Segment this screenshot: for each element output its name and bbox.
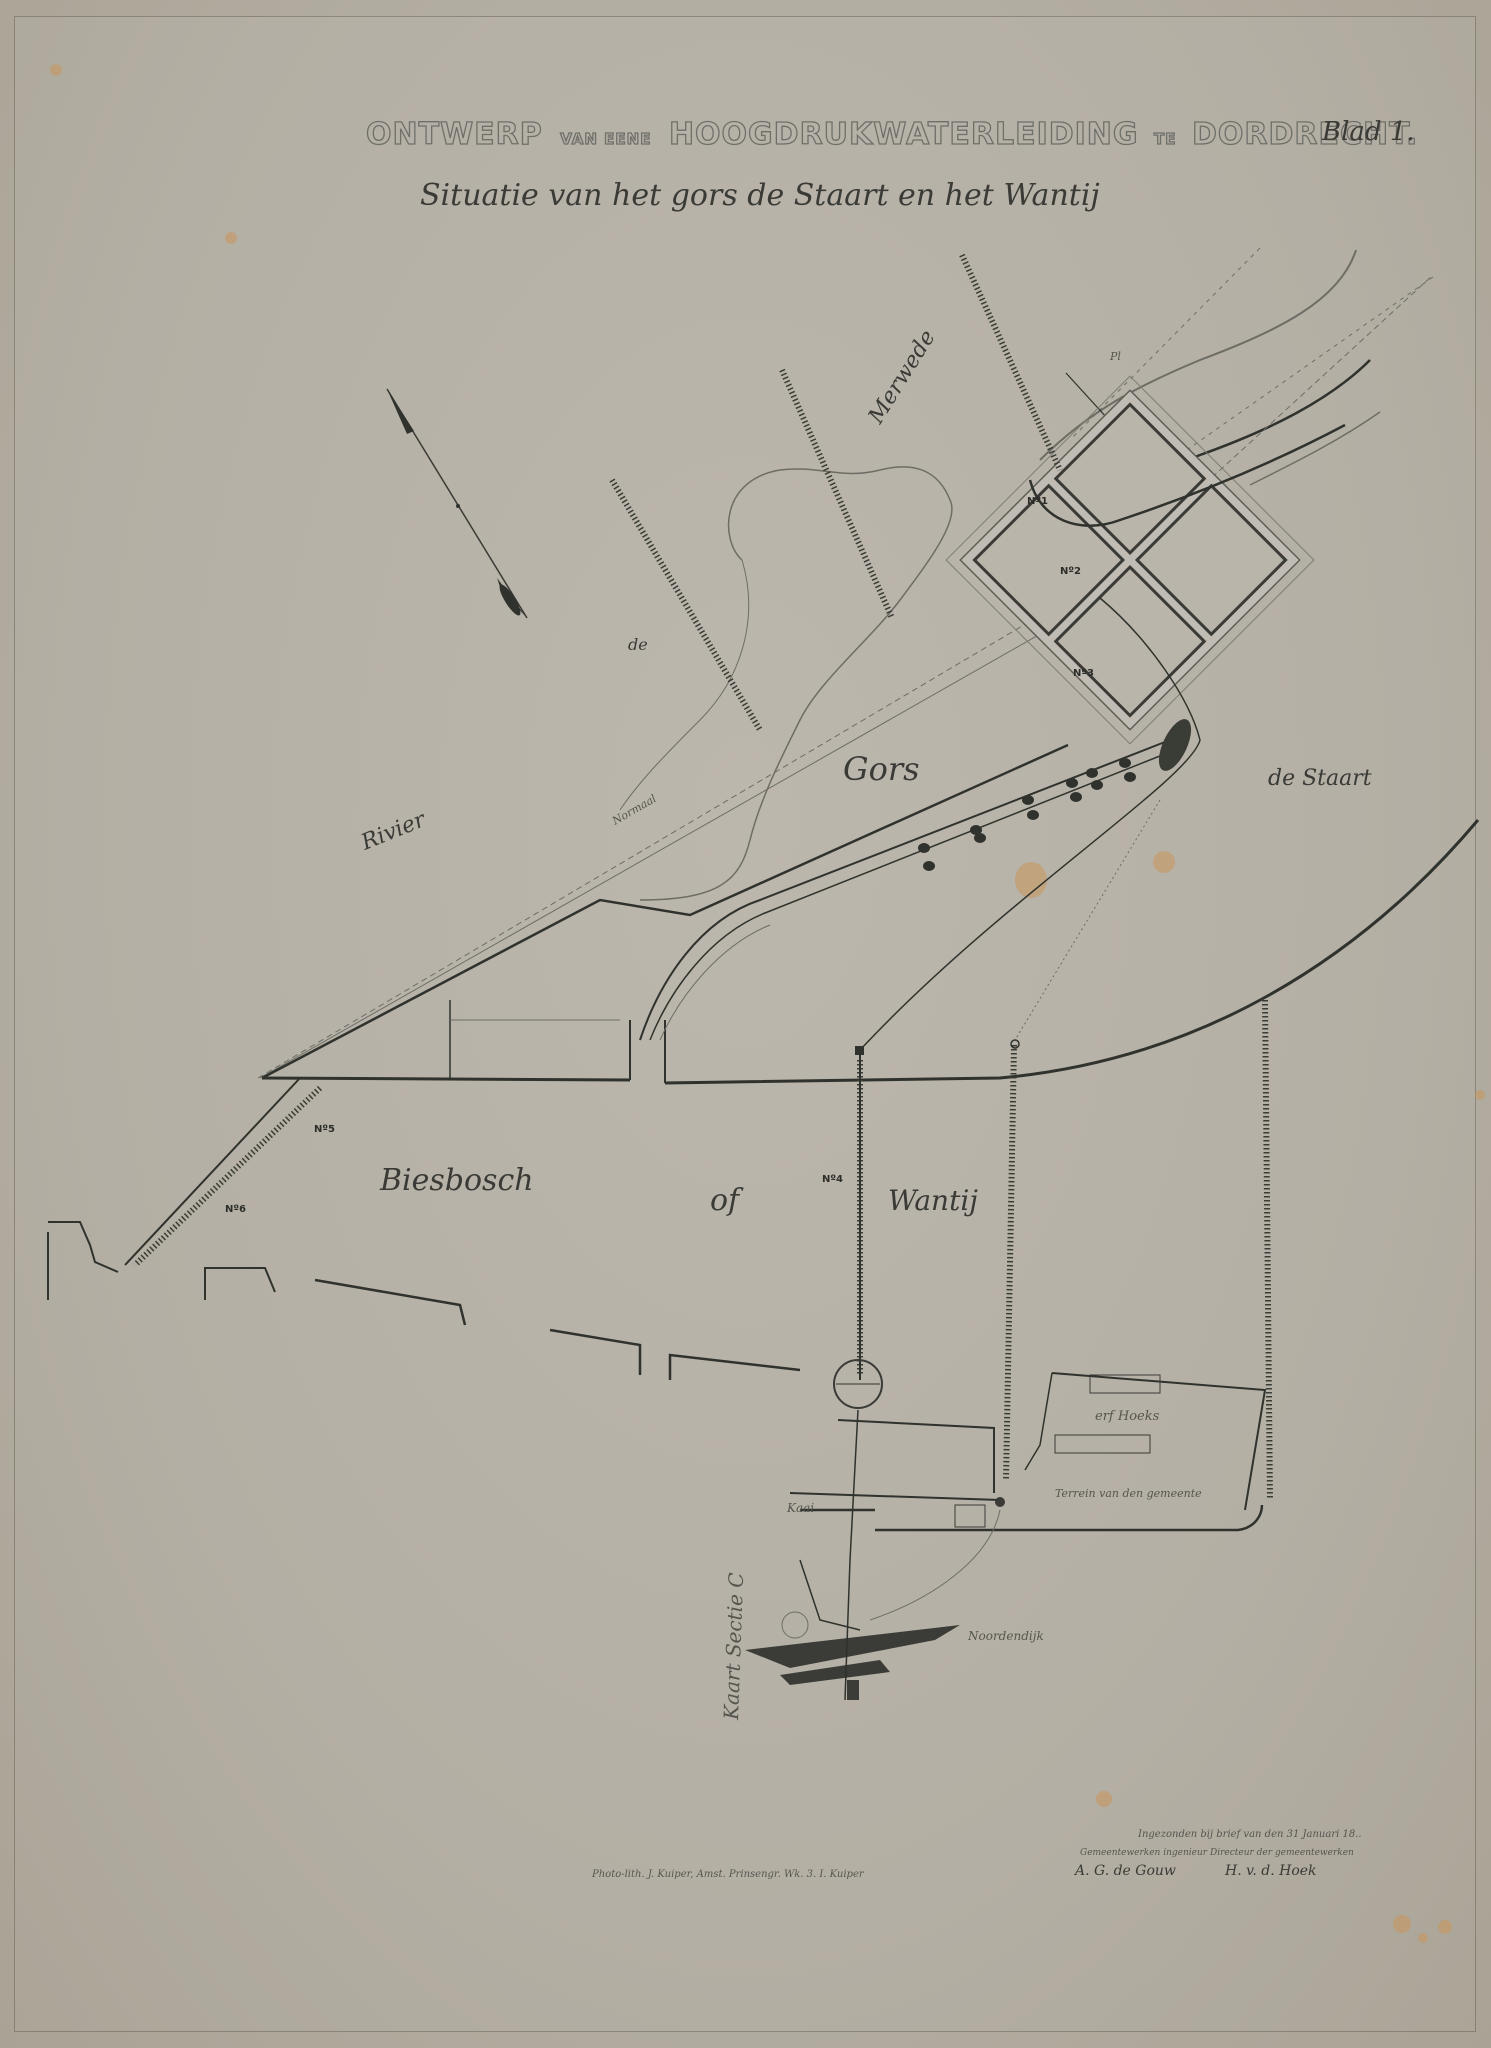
sheet-number: Blad 1.	[1321, 117, 1415, 147]
label-no1: Nº1	[1027, 496, 1048, 507]
sheet-subtitle: Situatie van het gors de Staart en het W…	[420, 178, 1100, 213]
label-merwede: Merwede	[863, 326, 940, 429]
label-terrein: Terrein van den gemeente	[1055, 1487, 1202, 1500]
station-labels: Nº1 Nº2 Nº3 Nº4 Nº5 Nº6	[225, 496, 1094, 1215]
sheet-title: ONTWERP VAN EENE HOOGDRUKWATERLEIDING TE…	[366, 117, 1418, 152]
signature-block: Ingezonden bij brief van den 31 Januari …	[1073, 1829, 1362, 1879]
label-no3: Nº3	[1073, 668, 1094, 679]
label-no2: Nº2	[1060, 566, 1081, 577]
label-noordendijk: Noordendijk	[967, 1629, 1044, 1643]
label-kaai: Kaai	[786, 1501, 814, 1515]
label-no5: Nº5	[314, 1124, 335, 1135]
signatory-right-role: Directeur der gemeentewerken	[1209, 1848, 1354, 1858]
label-biesbosch: Biesbosch	[379, 1163, 534, 1198]
label-kaart-sectie: Kaart Sectie C	[719, 1572, 748, 1721]
signatory-right-name: H. v. d. Hoek	[1224, 1863, 1317, 1879]
label-pl: Pl	[1109, 350, 1121, 363]
label-gors: Gors	[843, 750, 920, 788]
label-no4: Nº4	[822, 1174, 843, 1185]
label-wantij: Wantij	[888, 1184, 978, 1217]
signatory-left-role: Gemeentewerken ingenieur	[1080, 1848, 1208, 1858]
label-de-staart: de Staart	[1268, 766, 1372, 791]
dyke-lines	[262, 745, 1478, 1083]
printer-credit: Photo-lith. J. Kuiper, Amst. Prinsengr. …	[591, 1869, 865, 1880]
map-drawing: ONTWERP VAN EENE HOOGDRUKWATERLEIDING TE…	[0, 0, 1491, 2048]
north-arrow-icon	[387, 389, 527, 618]
label-rivier: Rivier	[357, 807, 430, 856]
signatory-left-name: A. G. de Gouw	[1073, 1863, 1176, 1879]
quay-walls	[48, 1222, 800, 1380]
noordendijk-area	[745, 1625, 960, 1700]
map-sheet: ONTWERP VAN EENE HOOGDRUKWATERLEIDING TE…	[0, 0, 1491, 2048]
foxing-stains	[50, 64, 1485, 1943]
label-eigendom: erf Hoeks	[1095, 1409, 1160, 1424]
label-of: of	[710, 1183, 744, 1218]
normaal-line	[258, 276, 1432, 1078]
gors-island-outline	[620, 467, 952, 900]
label-no6: Nº6	[225, 1204, 246, 1215]
label-de: de	[628, 635, 648, 654]
label-normaal: Normaal	[609, 792, 659, 828]
approval-note: Ingezonden bij brief van den 31 Januari …	[1137, 1829, 1362, 1840]
